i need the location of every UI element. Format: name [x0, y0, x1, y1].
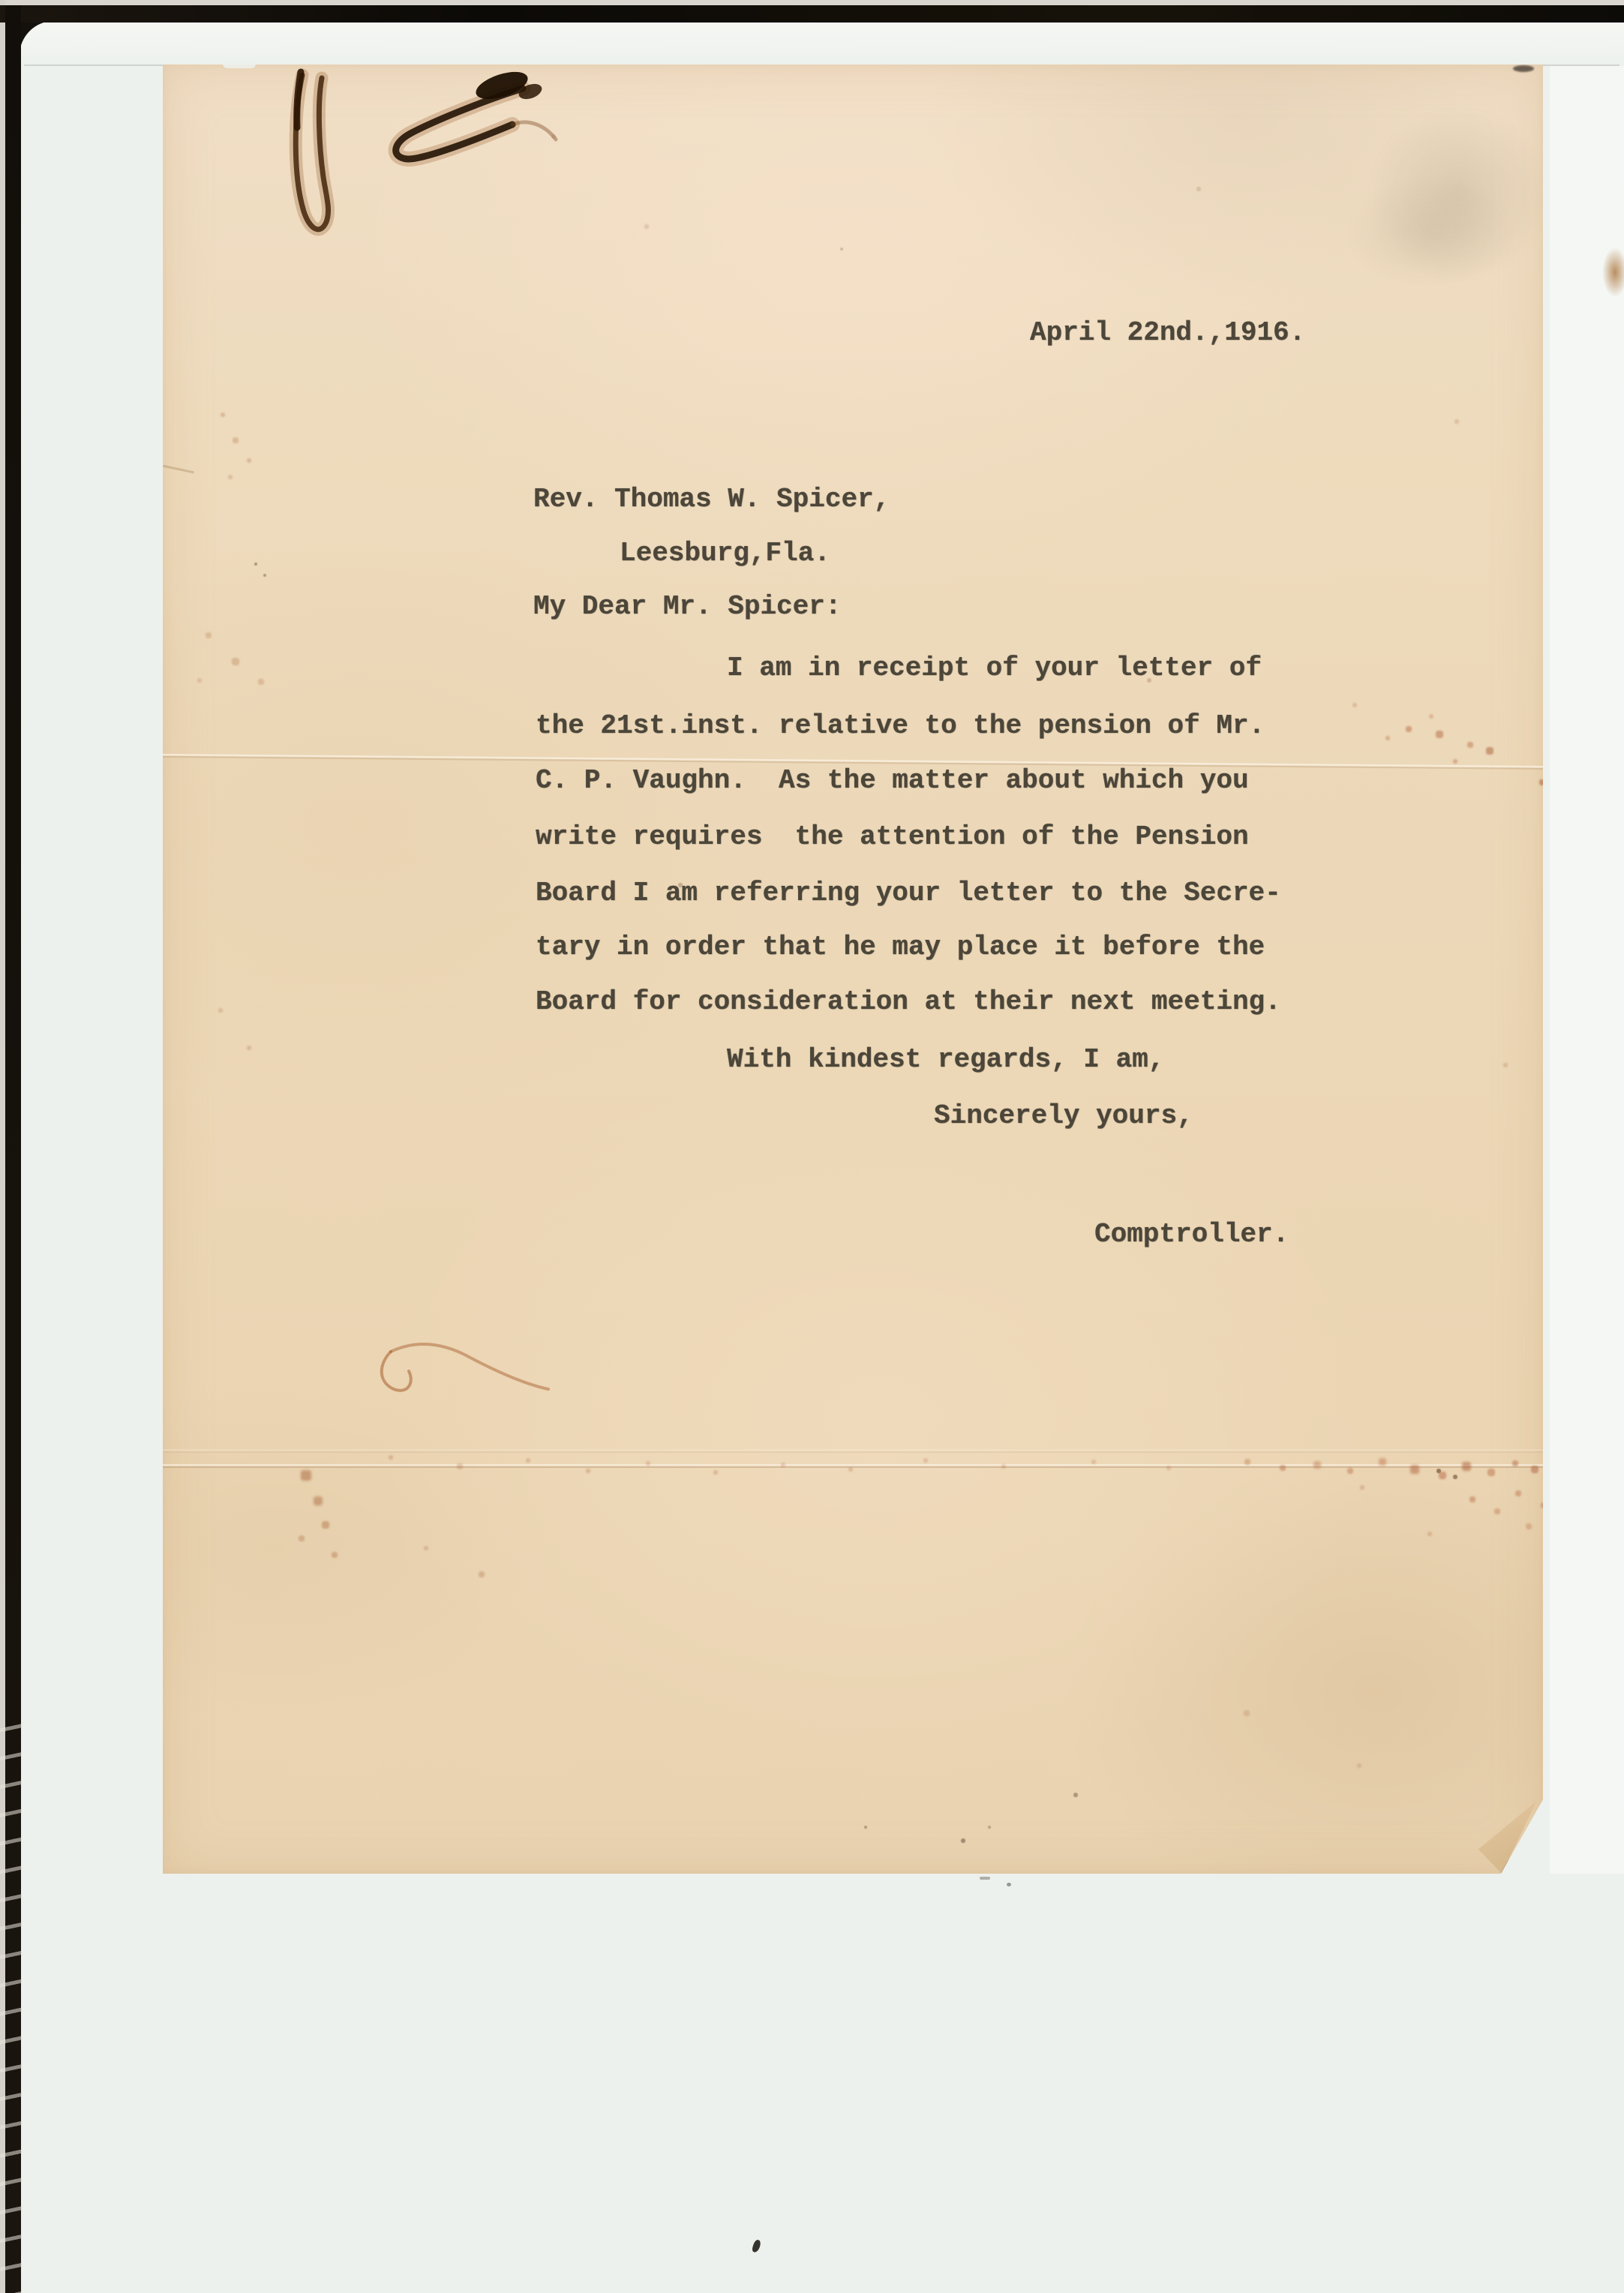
recipient-name-line: Rev. Thomas W. Spicer, [533, 485, 890, 515]
body-line: Board I am referring your letter to the … [536, 878, 1281, 908]
body-line: I am in receipt of your letter of [727, 653, 1262, 683]
scanned-letter-page: April 22nd.,1916. Rev. Thomas W. Spicer,… [0, 0, 1624, 2293]
backing-right-band [1550, 66, 1624, 1874]
paperclip-rust-stain-flat [364, 65, 574, 185]
edge-stain [1602, 248, 1624, 297]
paperclip-rust-stain-u [281, 63, 371, 258]
scanner-edge-top-highlight [0, 0, 1624, 5]
body-line: With kindest regards, I am, [727, 1045, 1164, 1075]
signature-title-line: Comptroller. [1094, 1220, 1289, 1250]
body-line: C. P. Vaughn. As the matter about which … [536, 766, 1249, 796]
hairpin-rust-stain [371, 1335, 559, 1410]
gray-smudge [1348, 177, 1513, 290]
body-line: tary in order that he may place it befor… [536, 932, 1265, 962]
backing-speck [1007, 1883, 1011, 1886]
backing-speck [980, 1877, 990, 1880]
body-line: Board for consideration at their next me… [536, 987, 1281, 1017]
fold-crease-lower-echo [158, 1449, 1547, 1453]
ink-speck [1513, 65, 1534, 72]
recipient-address-line: Leesburg,Fla. [620, 539, 830, 569]
body-line: write requires the attention of the Pens… [536, 822, 1249, 852]
salutation-line: My Dear Mr. Spicer: [533, 592, 841, 622]
faint-specks [163, 65, 164, 66]
letter-paper: April 22nd.,1916. Rev. Thomas W. Spicer,… [163, 65, 1543, 1874]
scanner-frame-top [0, 5, 1624, 23]
scanner-frame-left-flecks [0, 1718, 23, 2293]
body-line: the 21st.inst. relative to the pension o… [536, 711, 1265, 741]
fold-crease-lower [158, 1464, 1547, 1468]
date-line: April 22nd.,1916. [1030, 318, 1305, 348]
closing-line: Sincerely yours, [934, 1101, 1193, 1131]
edge-crease-nick [163, 465, 194, 474]
